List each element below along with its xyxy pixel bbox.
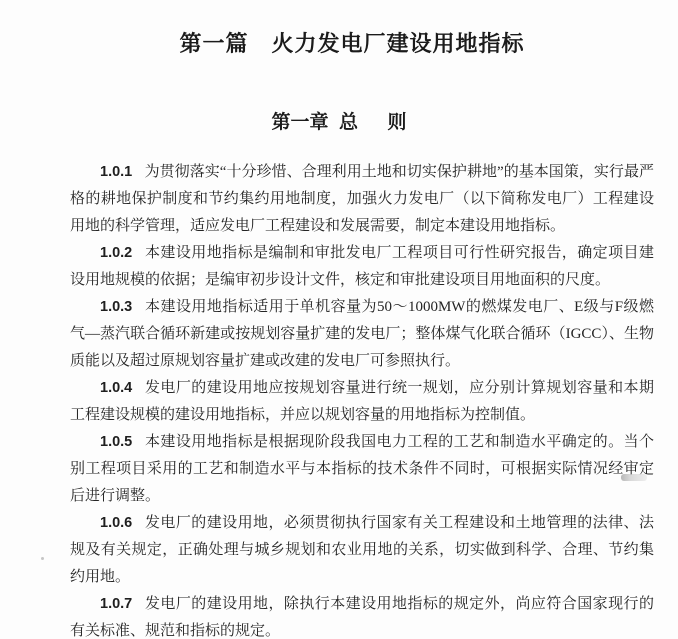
clause-text: 发电厂的建设用地，除执行本建设用地指标的规定外，尚应符合国家现行的有关标准、规范… xyxy=(70,596,654,639)
clause-number: 1.0.5 xyxy=(100,434,132,450)
chapter-title: 第一章总则 xyxy=(0,58,678,134)
scanned-document-page: 第一篇 火力发电厂建设用地指标 第一章总则 1.0.1为贯彻落实“十分珍惜、合理… xyxy=(0,0,678,639)
clauses-section: 1.0.1为贯彻落实“十分珍惜、合理利用土地和切实保护耕地”的基本国策，实行最严… xyxy=(70,159,654,639)
scan-smudge-artifact xyxy=(621,474,647,481)
clause-number: 1.0.7 xyxy=(100,596,132,612)
clause-text: 为贯彻落实“十分珍惜、合理利用土地和切实保护耕地”的基本国策，实行最严格的耕地保… xyxy=(70,164,654,234)
chapter-title-first-char: 总 xyxy=(339,112,358,133)
clause-paragraph: 1.0.4发电厂的建设用地应按规划容量进行统一规划，应分别计算规划容量和本期工程… xyxy=(70,375,654,429)
chapter-title-second-char: 则 xyxy=(387,112,406,133)
clause-paragraph: 1.0.7发电厂的建设用地，除执行本建设用地指标的规定外，尚应符合国家现行的有关… xyxy=(70,591,654,639)
clause-number: 1.0.2 xyxy=(100,245,132,261)
part-title: 第一篇 火力发电厂建设用地指标 xyxy=(13,0,678,58)
clause-number: 1.0.3 xyxy=(100,299,132,315)
clause-paragraph: 1.0.6发电厂的建设用地，必须贯彻执行国家有关工程建设和土地管理的法律、法规及… xyxy=(70,510,654,591)
clause-number: 1.0.4 xyxy=(100,380,132,396)
scan-speck-artifact xyxy=(41,557,44,560)
clause-text: 本建设用地指标是编制和审批发电厂工程项目可行性研究报告，确定项目建设用地规模的依… xyxy=(70,245,654,288)
clause-paragraph: 1.0.3本建设用地指标适用于单机容量为50～1000MW的燃煤发电厂、E级与F… xyxy=(70,294,654,375)
clause-text: 本建设用地指标是根据现阶段我国电力工程的工艺和制造水平确定的。当个别工程项目采用… xyxy=(70,434,654,504)
clause-number: 1.0.6 xyxy=(100,515,132,531)
clause-text: 发电厂的建设用地应按规划容量进行统一规划，应分别计算规划容量和本期工程建设规模的… xyxy=(70,380,654,423)
clause-text: 本建设用地指标适用于单机容量为50～1000MW的燃煤发电厂、E级与F级燃气—蒸… xyxy=(70,299,654,369)
clause-paragraph: 1.0.2本建设用地指标是编制和审批发电厂工程项目可行性研究报告，确定项目建设用… xyxy=(70,240,654,294)
clause-paragraph: 1.0.5本建设用地指标是根据现阶段我国电力工程的工艺和制造水平确定的。当个别工… xyxy=(70,429,654,510)
clause-text: 发电厂的建设用地，必须贯彻执行国家有关工程建设和土地管理的法律、法规及有关规定，… xyxy=(70,515,654,585)
clause-paragraph: 1.0.1为贯彻落实“十分珍惜、合理利用土地和切实保护耕地”的基本国策，实行最严… xyxy=(70,159,654,240)
chapter-label: 第一章 xyxy=(272,112,329,133)
clause-number: 1.0.1 xyxy=(100,164,132,180)
